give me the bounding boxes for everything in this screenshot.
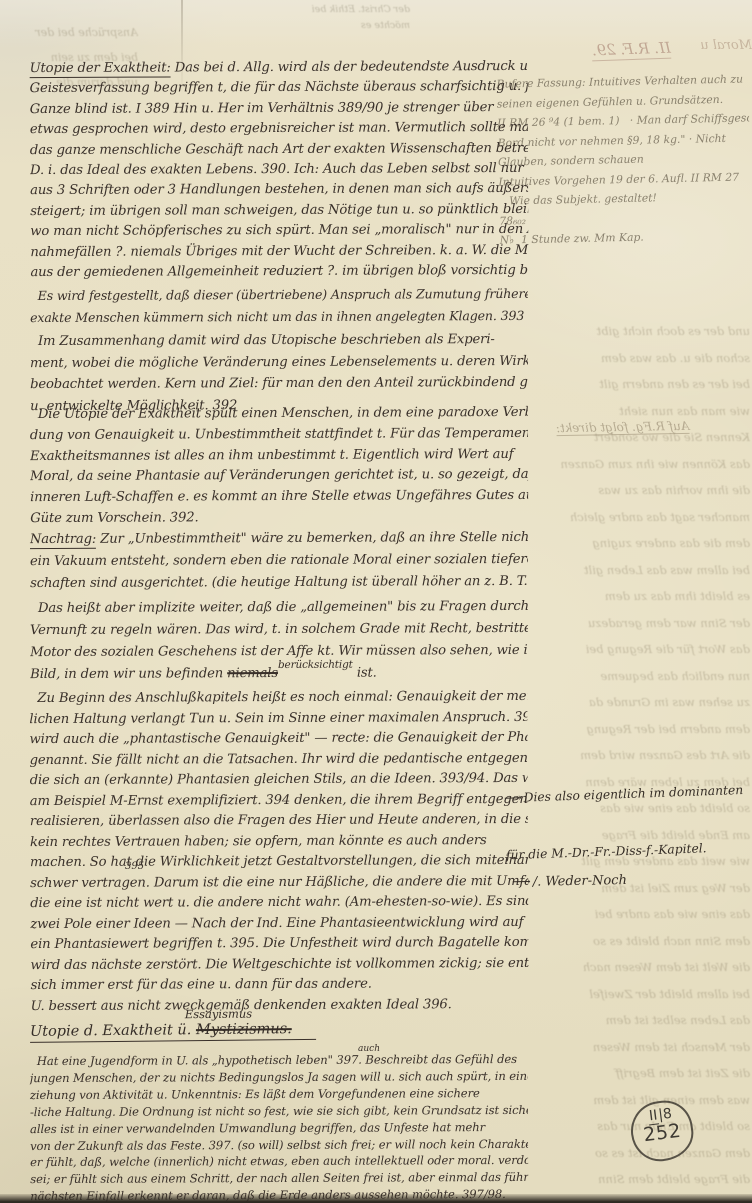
text-line: die Frage bleibt dem Sinn [542, 1166, 750, 1193]
inserted-word: berücksichtigt [278, 654, 353, 676]
stamp-page-number: 252 [632, 1120, 692, 1148]
paragraph-nachtrag: Nachtrag: Zur „Unbestimmtheit" wäre zu b… [30, 527, 528, 595]
text-line: Hat eine Jugendform in U. als „hypotheti… [30, 1051, 528, 1070]
text-line: mancher sagt das andre gleich [542, 504, 750, 531]
text-line: bei allem was das Leben gilt [542, 557, 750, 584]
text-line: wo man nicht Schöpferisches zu sich spür… [30, 220, 528, 243]
text-line: Ansprüche bei der [0, 20, 138, 45]
text-line: Utopie der Exaktheit: Das bei d. Allg. w… [30, 57, 528, 80]
text-line: -liche Haltung. Die Ordnung ist nicht so… [30, 1102, 528, 1121]
paragraph-anschlusskapitel: Zu Beginn des Anschlußkapitels heißt es … [29, 687, 528, 1017]
struck-heading-word: Mystizismus. [196, 1021, 292, 1038]
text-line: nun endlich das bequeme [542, 663, 750, 690]
arrow-icon: ⟶ [512, 875, 529, 890]
text-line: wird das nächste zerstört. Die Weltgesch… [30, 953, 528, 976]
text-line: der Sinn war dem geradezu [542, 610, 750, 637]
struck-word: niemals [227, 666, 278, 681]
text-line: dem Sinn nach bleibt es so [542, 928, 750, 955]
text-span: Dies also eigentlich im dominanten [519, 783, 743, 805]
text-line: machen. So hat die Wirklichkeit jetzt Ge… [30, 851, 528, 874]
text-line: Nachtrag: Zur „Unbestimmtheit" wäre zu b… [30, 527, 528, 551]
paragraph-festgestellt: Es wird festgestellt, daß dieser (übertr… [30, 283, 528, 329]
text-line: aus 3 Schriften oder 3 Handlungen besteh… [30, 179, 528, 202]
text-line: Es wird festgestellt, daß dieser (übertr… [30, 283, 528, 307]
text-line: exakte Menschen kümmern sich nicht um da… [30, 305, 528, 329]
text-line: es bleibt ihm das zu dem [542, 583, 750, 610]
bleed-through-verso-heading: Auf R.Fg. folgt direkt: [556, 419, 690, 436]
text-span: ist. [353, 666, 377, 681]
text-line: dung von Genauigkeit u. Unbestimmtheit s… [30, 424, 528, 447]
text-line: etwas gesprochen wird, desto ergebnisrei… [30, 118, 528, 141]
text-line: jungen Menschen, der zu nichts Bedingung… [30, 1068, 528, 1087]
text-line: schwer vertragen. Darum ist die eine nur… [30, 871, 528, 894]
text-line: der Mensch ist dem Wesen [542, 1034, 750, 1061]
text-line: zwei Pole einer Ideen — Nach der Ind. Ei… [30, 912, 528, 935]
margin-note-weder-noch: ⟶ /. Weder-Noch [512, 873, 627, 890]
text-line: sich immer erst für das eine u. dann für… [31, 974, 529, 997]
section-heading-utopie-der-exaktheit: Utopie der Exaktheit: [30, 60, 171, 78]
text-line: ziehung von Aktivität u. Unkenntnis: Es … [30, 1085, 528, 1104]
text-line: und der es doch nicht gibt [542, 318, 750, 345]
text-line: schon die u. das was dem [542, 345, 750, 372]
text-line: das Leben selbst ist dem [542, 1007, 750, 1034]
text-line: möchte es [240, 18, 410, 34]
text-line: ment, wobei die mögliche Veränderung ein… [30, 350, 528, 374]
text-line: N♭ 1 Stunde zw. Mm Kap. [499, 225, 751, 250]
text-line: am Beispiel M-Ernst exemplifiziert. 394 … [30, 789, 528, 812]
text-line: kein rechtes Vertrauen haben; sie opfern… [30, 830, 528, 853]
text-line: das Können wie ihn zum Ganzen [542, 451, 750, 478]
bleed-through-reference-header: II. R.F. 29. [592, 39, 672, 62]
text-line: von der Zukunft als das Feste. 397. (so … [30, 1135, 528, 1154]
text-line: D. i. das Ideal des exakten Lebens. 390.… [30, 159, 528, 182]
text-line: Zu Beginn des Anschlußkapitels heißt es … [29, 687, 527, 710]
scan-bottom-edge [0, 1194, 752, 1203]
heading-text: Utopie d. Exaktheit ü. [30, 1022, 196, 1040]
text-line: Exaktheitsmannes ist alles an ihm unbest… [30, 445, 528, 468]
text-span: Bild, in dem wir uns befinden [30, 666, 227, 682]
text-line: das eine wie das andre bei [542, 901, 750, 928]
section-heading-nachtrag: Nachtrag: [30, 532, 96, 549]
manuscript-page: Ansprüche bei derbei dem zu seinund daru… [0, 0, 752, 1203]
section-heading-utopie-exaktheit-2: Essayismus Utopie d. Exaktheit ü. Mystiz… [30, 1020, 390, 1043]
bleed-through-header-extra: Moral u. [700, 38, 752, 53]
text-line: alles ist in einer verwandelnden Umwandl… [30, 1119, 528, 1138]
text-line: wird auch die „phantastische Genauigkeit… [29, 728, 527, 751]
text-line: inneren Luft-Schaffen e. es kommt an ihr… [30, 486, 528, 509]
text-line: Geistesverfassung begriffen t, die für d… [30, 77, 528, 100]
text-line: realisieren, überlassen also die Fragen … [30, 810, 528, 833]
text-line: Die Utopie der Exaktheit spült einen Men… [30, 403, 528, 426]
text-line: schaften sind ausgerichtet. (die heutige… [30, 571, 528, 595]
superscript-page-ref: 395 [125, 861, 144, 872]
paragraph-jugendform: Hat eine Jugendform in U. als „hypotheti… [30, 1051, 529, 1203]
text-line: dem andern bei der Regung [542, 716, 750, 743]
arrow-icon: ⟶ [504, 791, 520, 806]
text-line: steigert; im übrigen soll man schweigen,… [30, 200, 528, 223]
text-line: das ganze menschliche Geschäft nach Art … [30, 139, 528, 162]
text-line: die sich an (erkannte) Phantasien gleich… [30, 769, 528, 792]
paragraph-implizite: Das heißt aber implizite weiter, daß die… [30, 596, 528, 686]
text-line: Im Zusammenhang damit wird das Utopische… [30, 329, 528, 353]
text-line: Moral, da seine Phantasie auf Veränderun… [30, 465, 528, 488]
text-line: lichen Haltung verlangt Tun u. Sein im S… [29, 707, 527, 730]
text-line: dem die das andere zuging [542, 530, 750, 557]
text-line: die Welt ist dem Wesen nach [542, 954, 750, 981]
text-line: aus der gemiedenen Allgemeinheit reduzie… [30, 261, 528, 284]
bleed-through-top-center: der Christ. Ethik beimöchte es [240, 2, 410, 38]
text-line: Vernunft zu regeln wären. Das wird, t. i… [30, 618, 528, 642]
text-line: bei allem bleibt der Zweifel [542, 981, 750, 1008]
text-line: bei der es den andern gilt [542, 371, 750, 398]
text-line: U. bessert aus nicht zweckgemäß denkende… [31, 994, 529, 1017]
paragraph-utopie-spuelt: Die Utopie der Exaktheit spült einen Men… [30, 403, 529, 530]
text-line: das Wort für die Regung bei [542, 636, 750, 663]
text-span: /. Weder-Noch [529, 873, 627, 890]
text-line: die Zeit ist dem Begriff [542, 1060, 750, 1087]
text-line: sei; er fühlt sich aus einem Schritt, de… [30, 1169, 528, 1188]
text-line: der Christ. Ethik bei [240, 2, 410, 18]
text-line: er fühlt, daß, welche (innerlich) nicht … [30, 1152, 528, 1171]
text-line: nahmefällen ?. niemals Übriges mit der W… [30, 241, 528, 264]
inserted-heading-word: Essayismus [185, 1007, 252, 1022]
text-line: ⟶ Dies also eigentlich im dominanten [504, 781, 750, 809]
pencil-margin-notes: Rufere Fassung: Intuitives Verhalten auc… [496, 69, 752, 250]
text-span: Das bei d. Allg. wird als der bedeutends… [171, 59, 529, 76]
text-line: beobachtet werden. Kern und Ziel: für ma… [30, 372, 528, 396]
text-line: genannt. Sie fällt nicht an die Tatsache… [30, 748, 528, 771]
paragraph-utopie-der-exaktheit: Utopie der Exaktheit: Das bei d. Allg. w… [30, 57, 529, 284]
text-line: die eine ist nicht wert u. die andere ni… [30, 892, 528, 915]
superscript-insertion: auch [358, 1044, 380, 1054]
text-line: ein Phantasiewert begriffen t. 395. Die … [30, 933, 528, 956]
text-line: Ganze blind ist. I 389 Hin u. Her im Ver… [30, 98, 528, 121]
text-line: zu sehen was im Grunde da [542, 689, 750, 716]
text-line-with-correction: Bild, in dem wir uns befinden niemalsber… [30, 662, 528, 686]
text-line: für die M.-Dr.-Fr.-Diss-f.-Kapitel. [506, 838, 752, 866]
text-line: die ihm vorhin das zu was [542, 477, 750, 504]
text-line: ein Vakuum entsteht, sondern eben die ra… [30, 549, 528, 573]
text-span: Zur „Unbestimmtheit" wäre zu bemerken, d… [96, 530, 528, 547]
text-line: Das heißt aber implizite weiter, daß die… [30, 596, 528, 620]
